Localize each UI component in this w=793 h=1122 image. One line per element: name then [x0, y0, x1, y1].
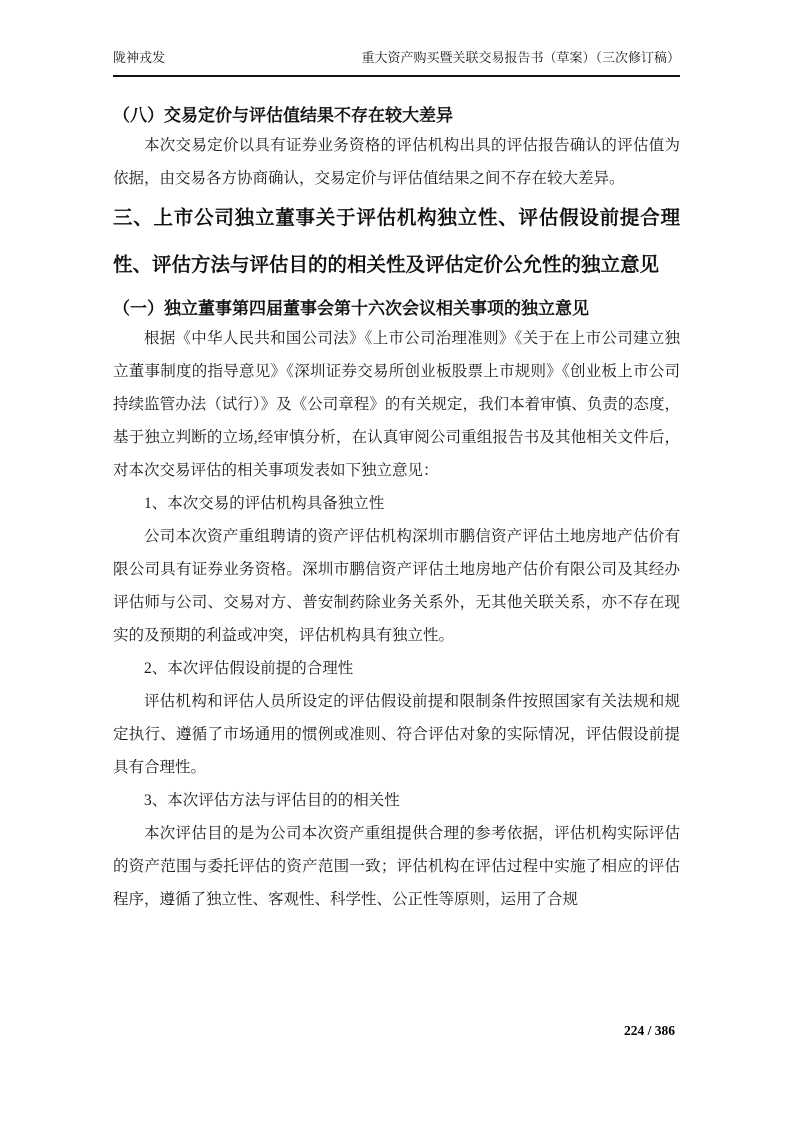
- item-3-title: 3、本次评估方法与评估目的的相关性: [113, 784, 680, 817]
- item-3-paragraph: 本次评估目的是为公司本次资产重组提供合理的参考依据，评估机构实际评估的资产范围与…: [113, 817, 680, 916]
- heading-chapter-3: 三、上市公司独立董事关于评估机构独立性、评估假设前提合理性、评估方法与评估目的的…: [113, 195, 680, 289]
- header-company-name: 陇神戎发: [113, 48, 165, 68]
- item-2-title: 2、本次评估假设前提的合理性: [113, 652, 680, 685]
- document-content: 陇神戎发 重大资产购买暨关联交易报告书（草案）（三次修订稿） （八）交易定价与评…: [0, 0, 793, 916]
- page-number: 224 / 386: [624, 1023, 675, 1039]
- paragraph-section-8: 本次交易定价以具有证券业务资格的评估机构出具的评估报告确认的评估值为依据，由交易…: [113, 129, 680, 195]
- document-page: 陇神戎发 重大资产购买暨关联交易报告书（草案）（三次修订稿） （八）交易定价与评…: [0, 0, 793, 1122]
- header-document-title: 重大资产购买暨关联交易报告书（草案）（三次修订稿）: [361, 48, 680, 68]
- heading-section-8: （八）交易定价与评估值结果不存在较大差异: [113, 103, 680, 129]
- page-header: 陇神戎发 重大资产购买暨关联交易报告书（草案）（三次修订稿）: [113, 48, 680, 77]
- paragraph-legal-basis: 根据《中华人民共和国公司法》《上市公司治理准则》《关于在上市公司建立独立董事制度…: [113, 322, 680, 487]
- item-1-title: 1、本次交易的评估机构具备独立性: [113, 487, 680, 520]
- item-1-paragraph: 公司本次资产重组聘请的资产评估机构深圳市鹏信资产评估土地房地产估价有限公司具有证…: [113, 520, 680, 652]
- item-2-paragraph: 评估机构和评估人员所设定的评估假设前提和限制条件按照国家有关法规和规定执行、遵循…: [113, 685, 680, 784]
- heading-section-1: （一）独立董事第四届董事会第十六次会议相关事项的独立意见: [113, 296, 680, 322]
